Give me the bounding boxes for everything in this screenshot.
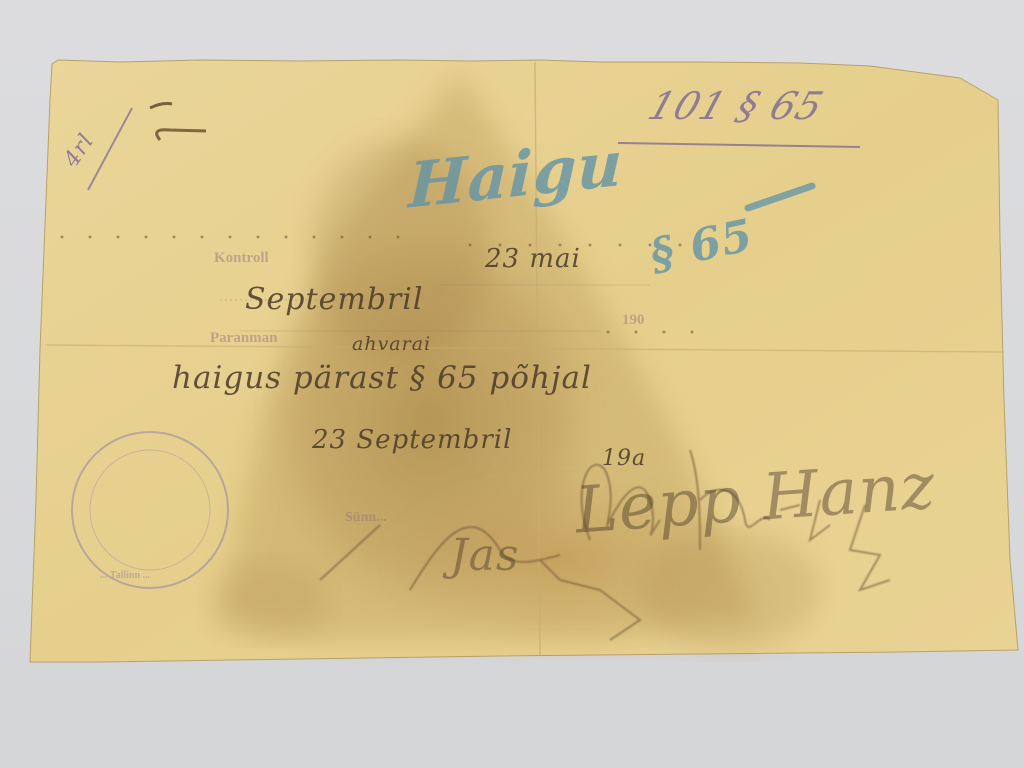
- printed-field-4: Sünn...: [345, 510, 387, 526]
- printed-field-year: 190: [622, 312, 645, 329]
- date-line-4: 23 Septembril: [312, 425, 512, 455]
- printed-field-paranman: Paranman: [210, 330, 278, 347]
- signature-secondary: Jas: [450, 530, 519, 581]
- text-line-2: Septembril: [245, 282, 424, 317]
- date-line-1: 23 mai: [485, 244, 581, 274]
- year-line-4: 19a: [602, 446, 646, 471]
- top-right-reference: 101 § 65: [643, 84, 829, 128]
- text-line-3-above: ahvarai: [352, 333, 431, 355]
- printed-field-kontroll: Kontroll: [214, 250, 269, 267]
- text-line-3: haigus pärast § 65 põhjal: [172, 360, 592, 396]
- stamp-text: ... Tallinn ...: [100, 570, 150, 581]
